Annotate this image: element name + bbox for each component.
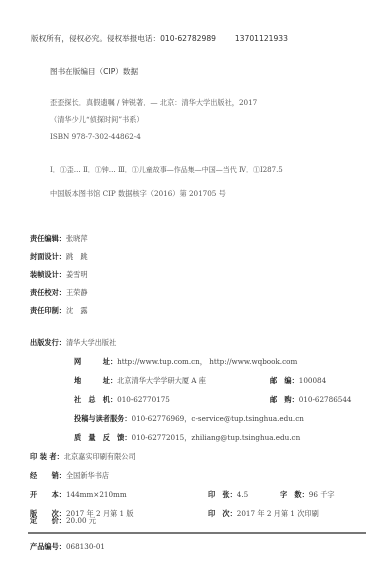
publisher-label: 出版发行： <box>30 338 66 347</box>
copyright-text: 版权所有，侵权必究。侵权举报电话： <box>31 34 160 43</box>
impression-value: 2017 年 2 月第 1 次印刷 <box>237 509 319 518</box>
credit-value: 沈 露 <box>66 306 88 315</box>
copyright-notice: 版权所有，侵权必究。侵权举报电话：010-62782989 1370112193… <box>31 33 288 44</box>
credit-proofreader: 责任校对：王荣静 <box>30 288 88 298</box>
report-phone-2: 13701121933 <box>235 34 288 43</box>
credit-label: 责任编辑： <box>30 234 66 243</box>
distributor-line: 经 销：全国新华书店 <box>30 471 109 481</box>
format-label: 开 本： <box>30 490 66 499</box>
sheets-line: 印 张：4.5 <box>208 490 248 500</box>
divider-rule <box>28 532 366 534</box>
publisher-quality-feedback: 质 量 反 馈：010-62772015，zhiliang@tup.tsingh… <box>74 433 300 443</box>
cip-isbn: ISBN 978-7-302-44862-4 <box>50 132 141 141</box>
credit-value: 跳 跳 <box>66 252 88 261</box>
switchboard-value: 010-62770175 <box>117 395 170 404</box>
credit-editor: 责任编辑：张晓萍 <box>30 234 88 244</box>
product-number-label: 产品编号： <box>30 542 66 551</box>
printer-value: 北京嘉实印刷有限公司 <box>64 452 136 461</box>
credit-value: 张晓萍 <box>66 234 88 243</box>
website-value[interactable]: http://www.tup.com.cn， http://www.wqbook… <box>117 357 297 366</box>
credit-value: 姜雪明 <box>66 270 88 279</box>
price-value: 20.00 元 <box>66 516 96 525</box>
impression-line: 印 次：2017 年 2 月第 1 次印刷 <box>208 509 319 519</box>
distributor-label: 经 销： <box>30 471 66 480</box>
service-label: 投稿与读者服务： <box>74 414 132 423</box>
publisher-line: 出版发行：清华大学出版社 <box>30 338 116 348</box>
cip-classification: Ⅰ．①歪… Ⅱ．①钟… Ⅲ．①儿童故事—作品集—中国—当代 Ⅳ．①I287.5 <box>50 165 283 175</box>
postcode-value: 100084 <box>299 376 326 385</box>
address-label: 地 址： <box>74 376 117 385</box>
credit-label: 责任印制： <box>30 306 66 315</box>
publisher-reader-service: 投稿与读者服务：010-62776969，c-service@tup.tsing… <box>74 414 304 424</box>
words-label: 字 数： <box>280 490 309 499</box>
credit-binding-design: 装帧设计：姜雪明 <box>30 270 88 280</box>
sheets-value: 4.5 <box>237 490 248 499</box>
distributor-value: 全国新华书店 <box>66 471 109 480</box>
credit-label: 封面设计： <box>30 252 66 261</box>
switchboard-label: 社 总 机： <box>74 395 117 404</box>
sheets-label: 印 张： <box>208 490 237 499</box>
printer-line: 印 装 者：北京嘉实印刷有限公司 <box>30 452 136 462</box>
publisher-mail-order: 邮 购：010-62786544 <box>270 395 352 405</box>
feedback-label: 质 量 反 馈： <box>74 433 132 442</box>
postcode-label: 邮 编： <box>270 376 299 385</box>
credit-label: 装帧设计： <box>30 270 66 279</box>
mail-order-label: 邮 购： <box>270 395 299 404</box>
cip-title-line: 歪歪探长．真假遗嘱 / 钟锐著．— 北京：清华大学出版社，2017 <box>50 98 257 108</box>
publisher-website: 网 址：http://www.tup.com.cn， http://www.wq… <box>74 357 297 367</box>
price-row: 定 价：20.00 元 <box>30 516 96 526</box>
mail-order-value: 010-62786544 <box>299 395 352 404</box>
credit-cover-design: 封面设计：跳 跳 <box>30 252 88 262</box>
credit-value: 王荣静 <box>66 288 88 297</box>
cip-heading: 图书在版编目（CIP）数据 <box>50 66 138 77</box>
word-count-line: 字 数：96 千字 <box>280 490 335 500</box>
website-label: 网 址： <box>74 357 117 366</box>
impression-label: 印 次： <box>208 509 237 518</box>
words-value: 96 千字 <box>309 490 335 499</box>
publisher-address: 地 址：北京清华大学学研大厦 A 座 <box>74 376 206 386</box>
price-label: 定 价： <box>30 516 66 525</box>
printer-label: 印 装 者： <box>30 452 64 461</box>
credit-label: 责任校对： <box>30 288 66 297</box>
format-line: 开 本：144mm×210mm <box>30 490 127 500</box>
product-number-value: 068130-01 <box>66 542 105 551</box>
credit-print-manager: 责任印制：沈 露 <box>30 306 88 316</box>
report-phone-1: 010-62782989 <box>160 34 216 43</box>
publisher-postcode: 邮 编：100084 <box>270 376 326 386</box>
cip-series-line: （清华少儿“侦探时间”书系） <box>50 115 144 125</box>
feedback-value[interactable]: 010-62772015，zhiliang@tup.tsinghua.edu.c… <box>132 433 301 442</box>
service-value[interactable]: 010-62776969，c-service@tup.tsinghua.edu.… <box>132 414 304 423</box>
product-number-line: 产品编号：068130-01 <box>30 542 105 552</box>
address-value: 北京清华大学学研大厦 A 座 <box>117 376 206 385</box>
cip-record-number: 中国版本图书馆 CIP 数据核字（2016）第 201705 号 <box>50 189 226 199</box>
publisher-switchboard: 社 总 机：010-62770175 <box>74 395 170 405</box>
publisher-value: 清华大学出版社 <box>66 338 116 347</box>
format-value: 144mm×210mm <box>66 490 127 499</box>
